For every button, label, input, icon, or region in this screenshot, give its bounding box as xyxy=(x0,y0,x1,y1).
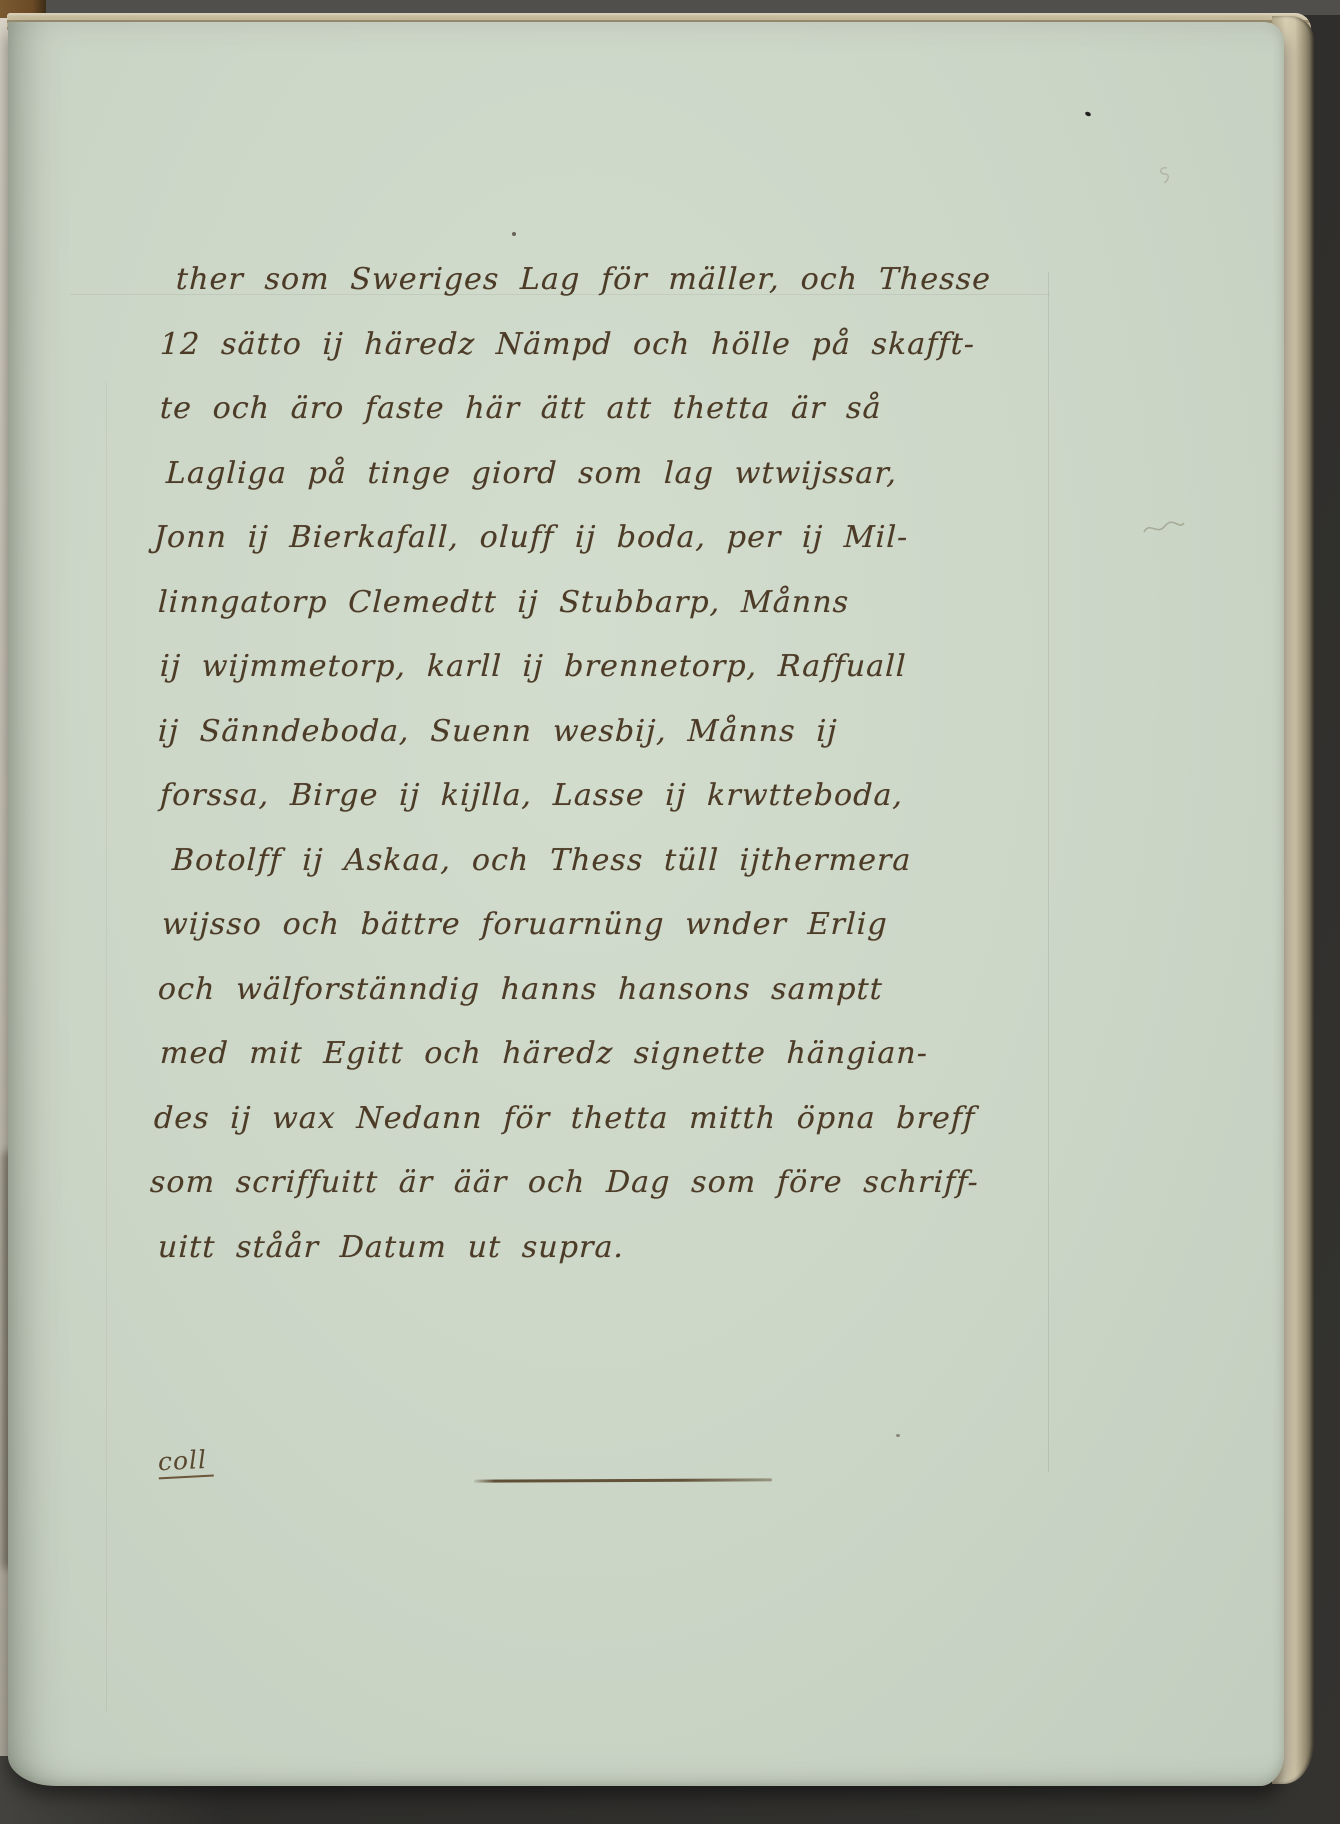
faint-pencil-squiggle xyxy=(1142,518,1186,540)
handwritten-line: med mit Egitt och häredz signette hängia… xyxy=(159,1036,928,1072)
handwritten-line: Lagliga på tinge giord som lag wtwijssar… xyxy=(165,456,897,492)
faint-pencil-mark xyxy=(1156,164,1172,186)
handwritten-line: ther som Sweriges Lag för mäller, och Th… xyxy=(175,262,991,298)
handwritten-line: 12 sätto ij häredz Nämpd och hölle på sk… xyxy=(159,327,975,363)
ink-speck xyxy=(1084,111,1091,117)
handwritten-line: ij Sänndeboda, Suenn wesbij, Månns ij xyxy=(157,714,838,750)
ink-speck xyxy=(896,1434,900,1437)
handwritten-line: te och äro faste här ätt att thetta är s… xyxy=(159,391,882,427)
paper-crease xyxy=(106,382,107,1712)
handwritten-line: forssa, Birge ij kijlla, Lasse ij krwtte… xyxy=(159,778,903,814)
handwritten-line: des ij wax Nedann för thetta mitth öpna … xyxy=(153,1101,976,1137)
manuscript-scan: ther som Sweriges Lag för mäller, och Th… xyxy=(0,0,1340,1824)
manuscript-page: ther som Sweriges Lag för mäller, och Th… xyxy=(8,22,1284,1786)
handwritten-line: linngatorp Clemedtt ij Stubbarp, Månns xyxy=(157,585,849,621)
collation-note: coll xyxy=(157,1445,214,1480)
handwritten-line: och wälforstänndig hanns hansons samptt xyxy=(157,972,883,1008)
handwritten-line: Botolff ij Askaa, och Thess tüll ijtherm… xyxy=(171,843,912,879)
handwritten-line: som scriffuitt är äär och Dag som före s… xyxy=(149,1165,979,1201)
handwritten-line: wijsso och bättre foruarnüng wnder Erlig xyxy=(161,907,888,943)
handwritten-line: ij wijmmetorp, karll ij brennetorp, Raff… xyxy=(159,649,907,685)
handwritten-line: Jonn ij Bierkafall, oluff ij boda, per i… xyxy=(153,520,909,556)
ink-speck xyxy=(512,232,516,236)
paper-crease xyxy=(1048,272,1049,1472)
closing-rule xyxy=(474,1478,772,1482)
handwritten-line: uitt ståår Datum ut supra. xyxy=(157,1230,624,1266)
